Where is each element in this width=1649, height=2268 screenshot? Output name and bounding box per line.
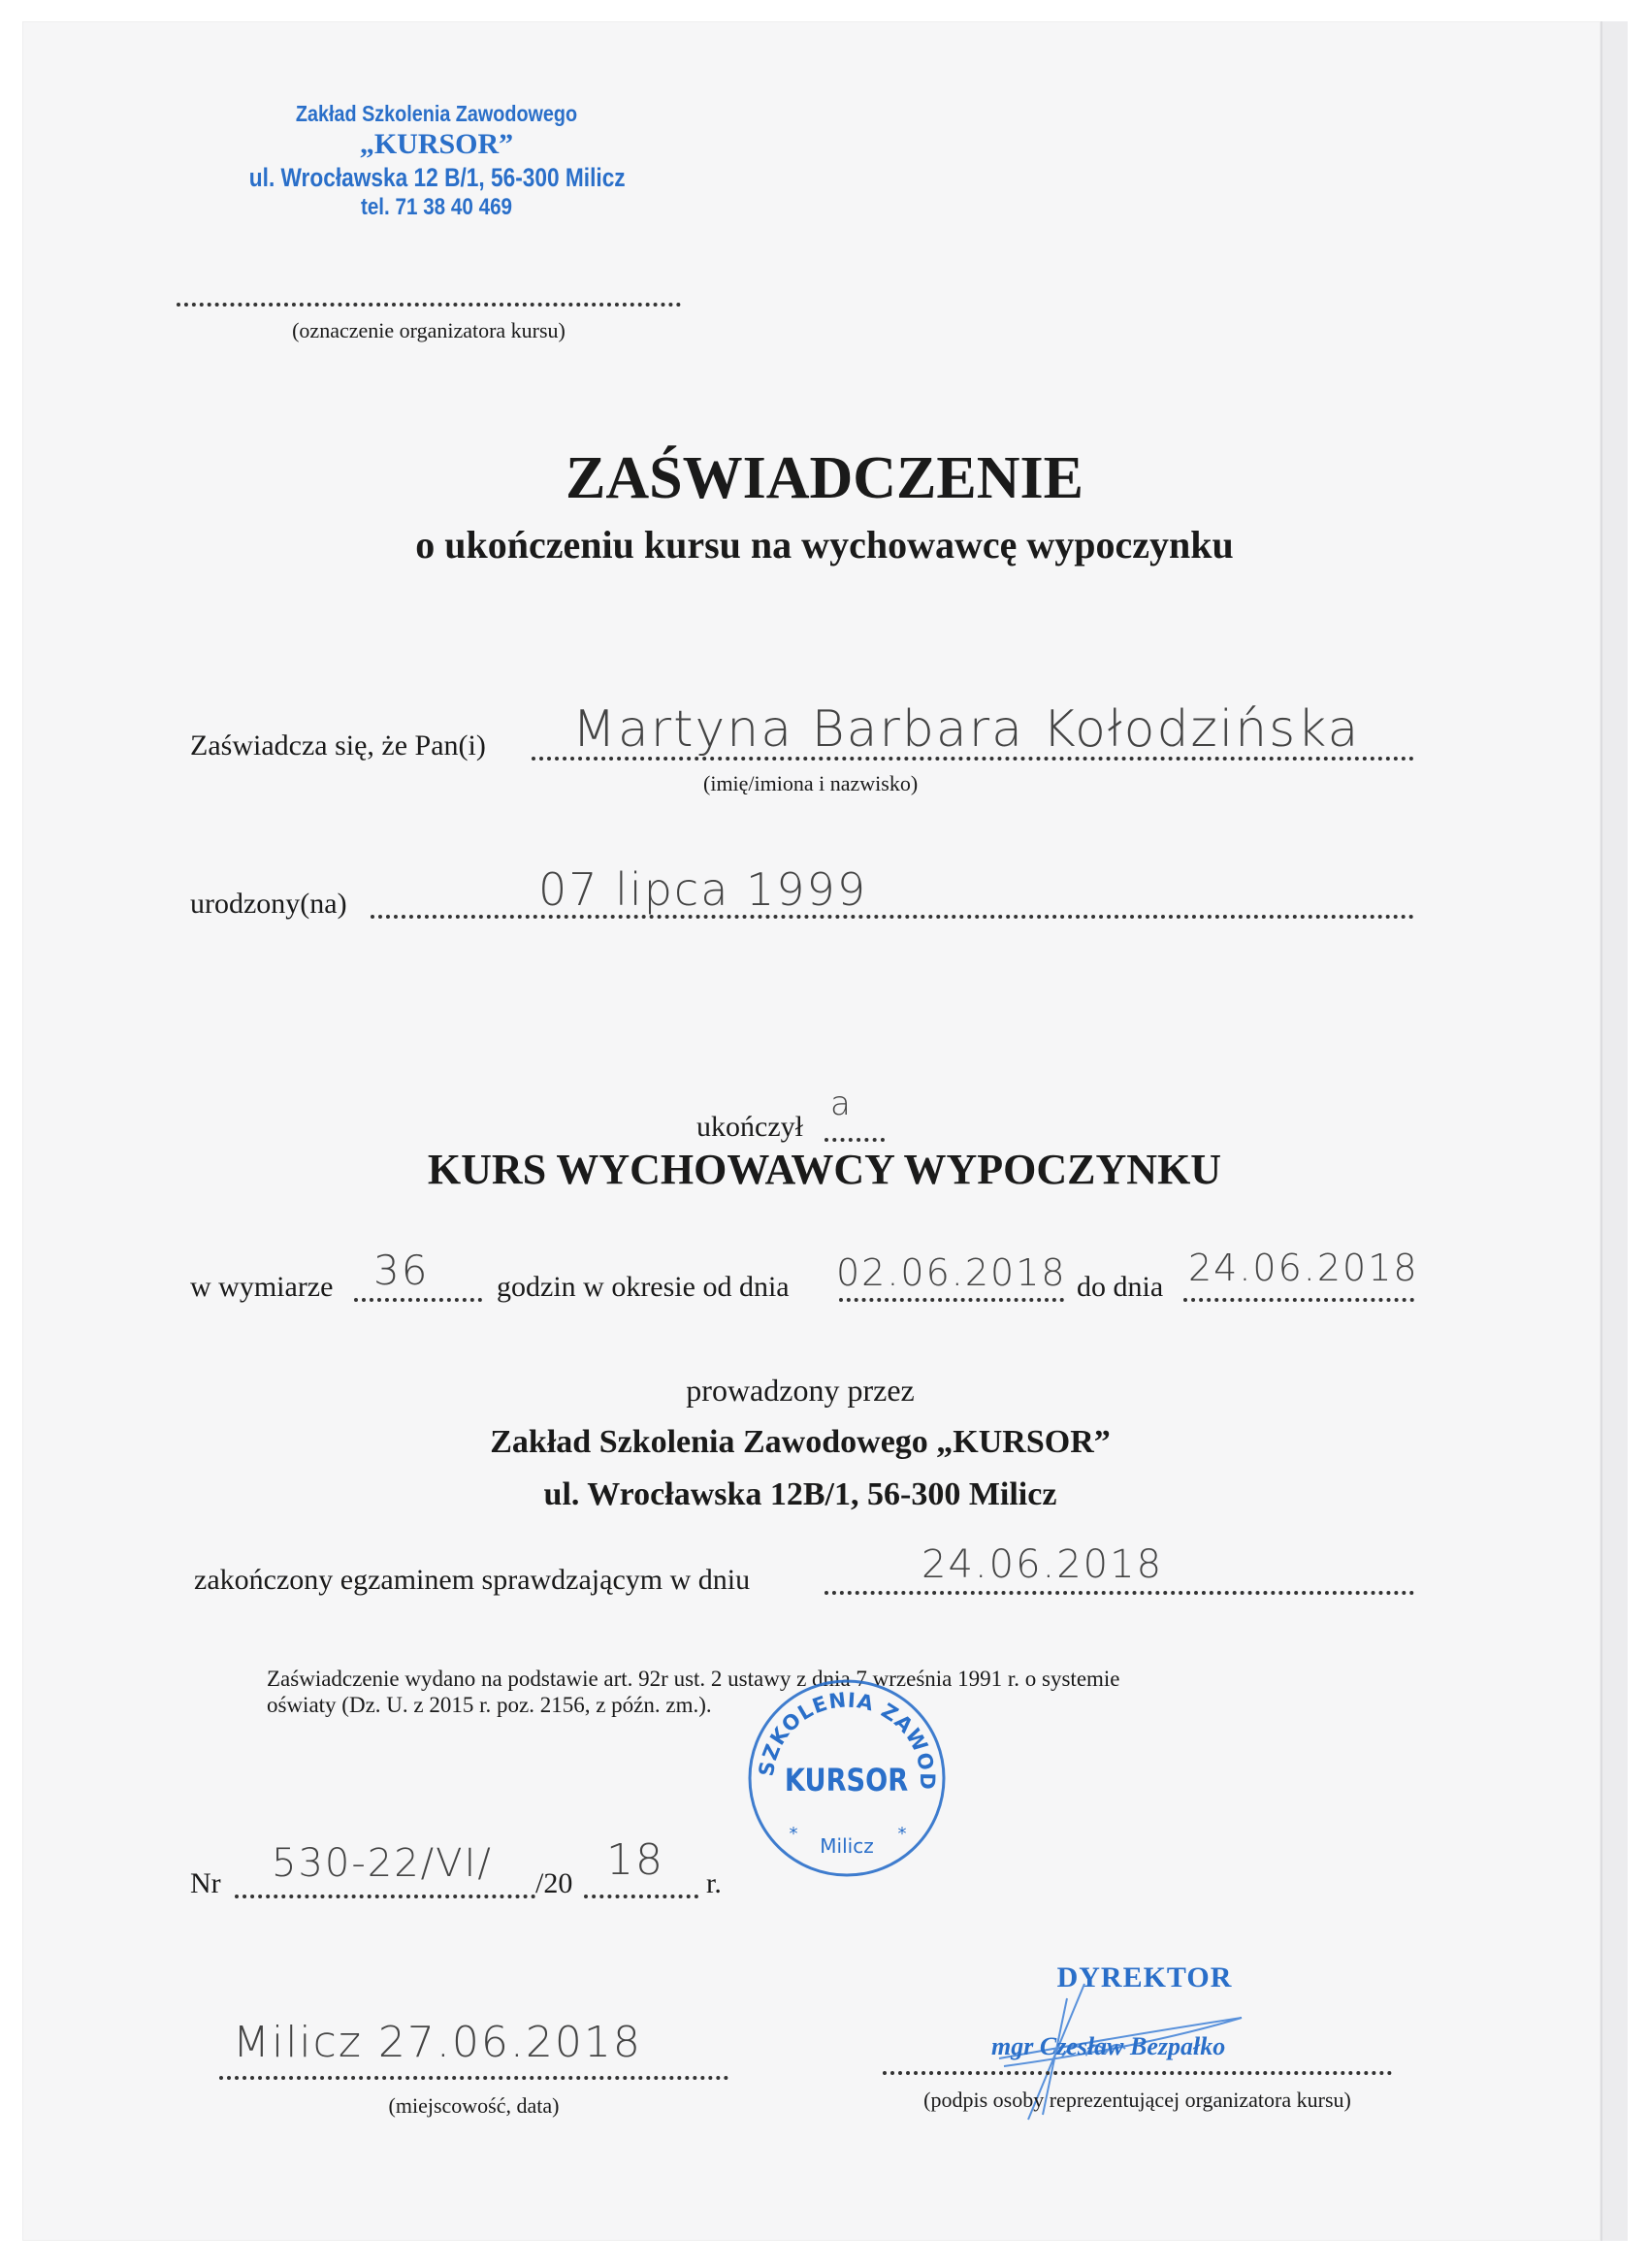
name-caption: (imię/imiona i nazwisko) [703,771,918,796]
page-subtitle: o ukończeniu kursu na wychowawcę wypoczy… [0,522,1649,567]
place-date-value: Milicz 27.06.2018 [233,2018,642,2067]
signature-dotted-line [883,2071,1392,2075]
legal-note-line-2: oświaty (Dz. U. z 2015 r. poz. 2156, z p… [267,1693,712,1718]
name-value: Martyna Barbara Kołodzińska [572,700,1360,759]
hours-value: 36 [373,1247,429,1294]
birth-label: urodzony(na) [190,888,347,921]
birth-dotted-line [371,915,1414,919]
date-to-dotted-line [1183,1298,1414,1302]
place-date-caption: (miejscowość, data) [219,2093,728,2119]
date-to-value: 24.06.2018 [1188,1247,1419,1289]
conducted-org-name: Zakład Szkolenia Zawodowego „KURSOR” [0,1424,1600,1461]
exam-date-value: 24.06.2018 [921,1542,1163,1587]
name-label: Zaświadcza się, że Pan(i) [190,729,486,762]
exam-label: zakończony egzaminem sprawdzającym w dni… [194,1564,750,1597]
stamp-line-1: Zakład Szkolenia Zawodowego [270,101,603,127]
stamp-line-3: ul. Wrocławska 12 B/1, 56-300 Milicz [249,163,624,193]
exam-dotted-line [824,1591,1414,1595]
stamp-line-4: tel. 71 38 40 469 [270,194,603,221]
year-prefix: /20 [535,1867,572,1900]
date-from-value: 02.06.2018 [836,1251,1067,1294]
number-value: 530-22/VI/ [272,1841,493,1886]
completed-dotted-line [824,1138,885,1142]
svg-text:Milicz: Milicz [820,1834,873,1858]
conducted-label: prowadzony przez [0,1373,1600,1409]
completed-suffix: a [830,1085,853,1123]
completed-label: ukończył [696,1111,803,1144]
document-sheet [22,21,1600,2241]
course-name: KURS WYCHOWAWCY WYPOCZYNKU [0,1145,1649,1194]
signature-caption: (podpis osoby reprezentującej organizato… [883,2088,1392,2113]
duration-prefix: w wymiarze [190,1271,333,1304]
stamp-line-2: „KURSOR” [242,128,630,161]
birth-value: 07 lipca 1999 [538,863,867,916]
date-from-dotted-line [839,1298,1064,1302]
number-dotted-line [235,1895,535,1898]
number-label: Nr [190,1867,221,1900]
page-title: ZAŚWIADCZENIE [0,444,1649,513]
svg-text:*: * [898,1824,907,1844]
organizer-caption: (oznaczenie organizatora kursu) [177,318,681,343]
svg-text:*: * [790,1824,798,1844]
duration-mid: godzin w okresie od dnia [497,1271,790,1304]
svg-text:KURSOR: KURSOR [785,1763,908,1799]
hours-dotted-line [354,1298,482,1302]
duration-to-label: do dnia [1077,1271,1163,1304]
organizer-dotted-line [177,303,681,307]
scan-edge [1600,21,1628,2241]
legal-note-line-1: Zaświadczenie wydano na podstawie art. 9… [267,1667,1120,1692]
signature-name: mgr Czesław Bezpałko [991,2032,1225,2061]
number-suffix: r. [706,1867,722,1900]
year-dotted-line [584,1895,698,1898]
round-stamp: ZAKŁAD SZKOLENIA ZAWODOWEGO KURSOR Milic… [745,1676,949,1880]
conducted-org-address: ul. Wrocławska 12B/1, 56-300 Milicz [0,1476,1600,1513]
place-date-dotted-line [219,2076,728,2080]
year-value: 18 [606,1835,664,1885]
